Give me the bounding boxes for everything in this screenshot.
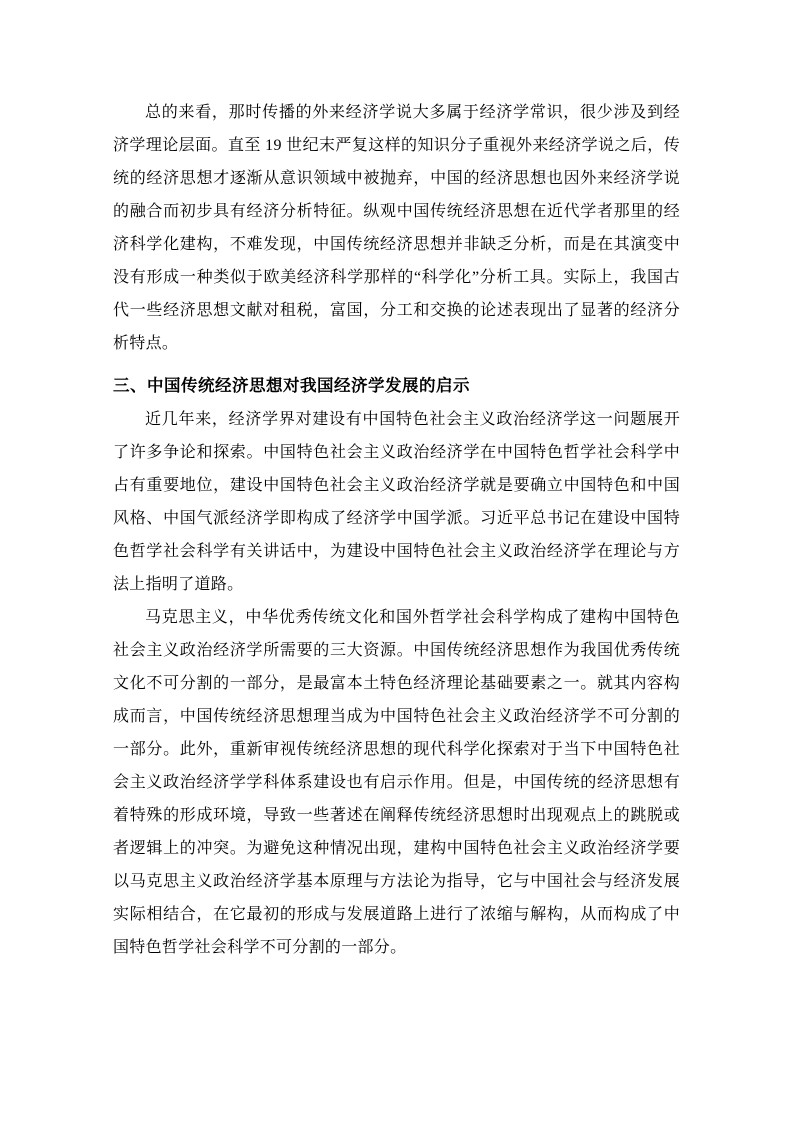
- paragraph-foreign-economic-doctrines: 总的来看，那时传播的外来经济学说大多属于经济学常识，很少涉及到经济学理论层面。直…: [113, 96, 680, 360]
- paragraph-marxism-three-resources: 马克思主义，中华优秀传统文化和国外哲学社会科学构成了建构中国特色社会主义政治经济…: [113, 601, 680, 964]
- paragraph-socialist-political-economy: 近几年来，经济学界对建设有中国特色社会主义政治经济学这一问题展开了许多争论和探索…: [113, 403, 680, 601]
- document-page: 总的来看，那时传播的外来经济学说大多属于经济学常识，很少涉及到经济学理论层面。直…: [0, 0, 793, 1122]
- section-heading: 三、中国传统经济思想对我国经济学发展的启示: [113, 370, 680, 403]
